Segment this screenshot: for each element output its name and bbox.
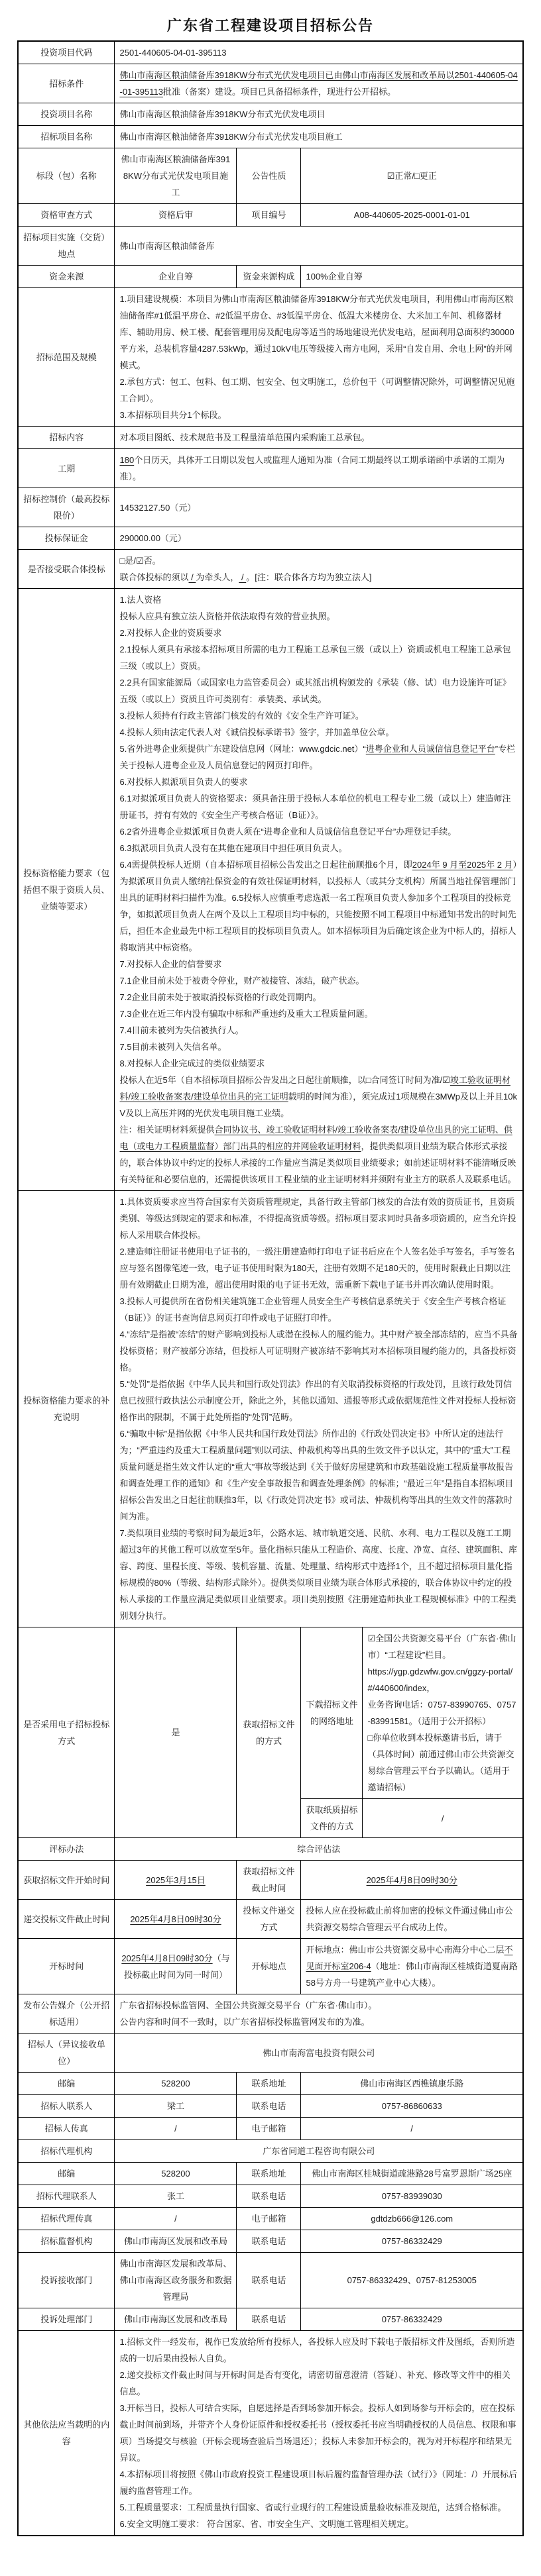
table-row: 评标办法综合评估法 [18,1838,523,1861]
paragraph: A08-440605-2025-0001-01-01 [306,207,518,223]
paragraph: 0757-86332429、0757-81253005 [306,2272,518,2289]
paragraph: 2.2具有国家能源局（或国家电力监管委员会）或其派出机构颁发的《承装（修、试）电… [119,674,518,707]
paragraph: 4.投标人须由法定代表人对《诚信投标承诺书》签字，并加盖单位公章。 [119,724,518,741]
row-value-2: 2025年4月8日09时30分 [301,1861,523,1900]
row-label: 资格审查方式 [18,204,115,227]
row-label-2: 资金来源构成 [237,266,301,288]
paragraph: 投诉处理部门 [22,2311,111,2328]
row-label-2: 联系电话 [237,2230,301,2253]
paragraph: 佛山市南海区粮油储备库3918KW分布式光伏发电项目施工 [119,129,518,145]
row-label: 招标代理联系人 [18,2185,115,2208]
underlined-text: / [189,572,196,582]
row-value: 2501-440605-04-01-395113 [115,41,523,64]
row-value: 佛山市南海区粮油储备库3918KW分布式光伏发电项目施工 [115,126,523,148]
row-label-2: 联系地址 [237,2163,301,2185]
row-value: 2025年3月15日 [115,1861,237,1900]
paragraph: 联系电话 [240,2098,297,2114]
underlined-text: / [239,572,246,582]
table-row: 招标范围及规模1.项目建设规模：本项目为佛山市南海区粮油储备库3918KW分布式… [18,288,523,427]
row-value: 佛山市南海区发展和改革局 [115,2230,237,2253]
row-value: 2025年4月8日09时30分（与投标截止时间为同一时间） [115,1939,237,1994]
text-segment: 联合体投标的须以 [119,572,188,582]
row-sub-label: 获取招标文件的方式 [237,1627,301,1838]
row-value-2: ☑正常/□更正 [301,148,523,204]
paragraph: 递交投标文件截止时间 [22,1911,111,1928]
row-label: 招标条件 [18,64,115,103]
row-label: 开标时间 [18,1939,115,1994]
paragraph: 7.1企业目前未处于被责令停业，财产被接管、冻结，破产状态。 [119,972,518,989]
row-label: 获取招标文件开始时间 [18,1861,115,1900]
row-label: 招标代理机构 [18,2140,115,2163]
paragraph: 获取招标文件的方式 [240,1716,297,1749]
table-row: 是否采用电子招标投标方式是获取招标文件的方式下载招标文件的网络地址☑全国公共资源… [18,1627,523,1799]
underlined-text: 2025年3月15日 [146,1875,206,1885]
row-label: 投资项目代码 [18,41,115,64]
paragraph: / [367,1810,518,1827]
row-value: 梁工 [115,2095,237,2118]
paragraph: 招标人（异议接收单位） [22,2036,111,2069]
paragraph: 联系电话 [240,2188,297,2204]
paragraph: 是否采用电子招标投标方式 [22,1716,111,1749]
row-label-2: 联系地址 [237,2073,301,2095]
paragraph: 资金来源 [22,268,111,285]
row-label: 工期 [18,449,115,488]
paragraph: 佛山市南海区粮油储备库3918KW分布式光伏发电项目施工 [119,151,231,201]
paragraph: 2025年4月8日09时30分 [306,1872,518,1888]
paragraph: 290000.00（元） [119,530,518,546]
paragraph: 7.类似项目业绩的考察时间为最近3年，公路水运、城市轨道交通、民航、水利、电力工… [119,1525,518,1624]
paragraph: / [119,2210,231,2227]
paragraph: 招标人联系人 [22,2098,111,2114]
paragraph: 招标项目实施（交货）地点 [22,229,111,262]
paragraph: 资格后审 [119,207,231,223]
paragraph: 获取招标文件开始时间 [22,1872,111,1888]
paragraph: 邮编 [22,2165,111,2182]
row-value-2: gdtdzb666@126.com [301,2208,523,2230]
row-value: 佛山市南海区粮油储备库3918KW分布式光伏发电项目 [115,103,523,126]
paragraph: □是/☑否。 [119,552,518,569]
row-value: 1.具体资质要求应当符合国家有关资质管理规定，具备行政主管部门核发的合法有效的资… [115,1191,523,1627]
paragraph: 标段（包）名称 [22,168,111,184]
row-label: 递交投标文件截止时间 [18,1900,115,1939]
paragraph: 投标人应具有独立法人资格并依法取得有效的营业执照。 [119,608,518,625]
paragraph: 2025年4月8日09时30分 [119,1911,231,1928]
paragraph: 投资项目代码 [22,44,111,61]
row-label: 资金来源 [18,266,115,288]
table-row: 投标资格能力要求（包括但不限于资质人员、业绩等要求）1.法人资格投标人应具有独立… [18,589,523,1191]
paragraph: / [306,2120,518,2137]
table-row: 资格审查方式资格后审项目编号A08-440605-2025-0001-01-01 [18,204,523,227]
row-label: 招标项目实施（交货）地点 [18,227,115,266]
table-row: 递交投标文件截止时间2025年4月8日09时30分投标文件递交方式投标人应在投标… [18,1900,523,1939]
paragraph: 招标监督机构 [22,2233,111,2249]
table-row: 招标人联系人梁工联系电话0757-86860633 [18,2095,523,2118]
row-label: 招标代理传真 [18,2208,115,2230]
paragraph: 0757-86332429 [306,2311,518,2328]
paragraph: 2.建造师注册证书使用电子证书的，一级注册建造师打印电子证书后应在个人签名处手写… [119,1243,518,1293]
paragraph: 招标项目名称 [22,129,111,145]
paragraph: 注：相关证明材料须提供合同协议书、竣工验收证明材料/竣工验收备案表/建设单位出具… [119,1121,518,1188]
table-row: 标段（包）名称佛山市南海区粮油储备库3918KW分布式光伏发电项目施工公告性质☑… [18,148,523,204]
paragraph: 投资项目名称 [22,106,111,123]
paragraph: https://ygp.gdzwfw.gov.cn/ggzy-portal/#/… [367,1663,518,1696]
table-row: 邮编528200联系地址佛山市南海区西樵镇康乐路 [18,2073,523,2095]
row-value: 1.法人资格投标人应具有独立法人资格并依法取得有效的营业执照。2.对投标人企业的… [115,589,523,1191]
row-value: 是 [115,1627,237,1838]
row-value: 佛山市南海区发展和改革局 [115,2308,237,2331]
paragraph: 1.法人资格 [119,592,518,608]
paragraph: 528200 [119,2165,231,2182]
table-row: 获取招标文件开始时间2025年3月15日获取招标文件截止时间2025年4月8日0… [18,1861,523,1900]
paragraph: 业务咨询电话：0757-83990765、0757-83991581。（适用于公… [367,1696,518,1729]
paragraph: 对本项目图纸、技术规范书及工程量清单范围内采购施工总承包。 [119,429,518,446]
paragraph: 0757-86860633 [306,2098,518,2114]
paragraph: 获取纸质招标文件的方式 [304,1802,359,1835]
paragraph: 佛山市南海区桂城街道疏港路28号富罗恩斯广场25座 [306,2165,518,2182]
row-label: 其他依法应当载明的内容 [18,2331,115,2536]
table-row: 发布公告媒介（公开招标适用）广东省招标投标监管网、全国公共资源交易平台（广东省·… [18,1994,523,2034]
row-value: 528200 [115,2163,237,2185]
table-row: 投资项目代码2501-440605-04-01-395113 [18,41,523,64]
paragraph: 招标内容 [22,429,111,446]
paragraph: 投标保证金 [22,530,111,546]
row-label: 招标控制价（最高投标限价） [18,488,115,527]
paragraph: □你单位收到本投标邀请书后，请于（具体时间）前通过佛山市公共资源交易综合管理云平… [367,1729,518,1796]
table-row: 工期180个日历天，具体开工日期以发包人或监理人通知为准（合同工期最终以工期承诺… [18,449,523,488]
table-row: 投标保证金290000.00（元） [18,527,523,550]
text-segment: 。[注：联合体各方均为独立法人] [246,572,371,582]
paragraph: 8.对投标人企业完成过的类似业绩要求 [119,1055,518,1072]
row-value-2: 0757-83939030 [301,2185,523,2208]
paragraph: 获取招标文件截止时间 [240,1863,297,1896]
underlined-text: 2025年4月8日09时30分 [121,1953,212,1963]
paragraph: 1.具体资质要求应当符合国家有关资质管理规定，具备行政主管部门核发的合法有效的资… [119,1194,518,1243]
text-segment: 开标地点：佛山市公共资源交易中心南海分中心二层 [306,1945,504,1955]
row-label: 招标人（异议接收单位） [18,2034,115,2073]
page-title: 广东省工程建设项目招标公告 [0,15,541,35]
paragraph: 项目编号 [240,207,297,223]
paragraph: 6.“骗取中标”是指依据《中华人民共和国行政处罚法》所作出的《行政处罚决定书》中… [119,1425,518,1525]
paragraph: 联系电话 [240,2272,297,2289]
paragraph: 招标条件 [22,76,111,92]
paragraph: 是否接受联合体投标 [22,561,111,578]
paragraph: 张工 [119,2188,231,2204]
paragraph: 6.对投标人拟派项目负责人的要求 [119,774,518,790]
paragraph: 1.项目建设规模：本项目为佛山市南海区粮油储备库3918KW分布式光伏发电项目，… [119,291,518,374]
row-value: 528200 [115,2073,237,2095]
paragraph: 0757-83939030 [306,2188,518,2204]
table-row: 邮编528200联系地址佛山市南海区桂城街道疏港路28号富罗恩斯广场25座 [18,2163,523,2185]
paragraph: 佛山市南海区发展和改革局、佛山市南海区政务服务和数据管理局 [119,2255,231,2305]
paragraph: 佛山市南海区粮油储备库3918KW分布式光伏发电项目已由佛山市南海区发展和改革局… [119,67,518,100]
paragraph: 投标资格能力要求的补充说明 [22,1392,111,1425]
row-label: 投资项目名称 [18,103,115,126]
paragraph: 6.4需提供投标人近期（自本招标项目招标公告发出之日起往前顺推6个月，即2024… [119,856,518,956]
paragraph: 2.递交投标文件截止时间与开标时间是否有变化，请密切留意澄清（答疑）、补充、修改… [119,2367,518,2400]
row-value: 1.招标文件一经发布，视作已发放给所有投标人，各投标人应及时下载电子版招标文件及… [115,2331,523,2536]
paragraph: 广东省招标投标监管网、全国公共资源交易平台（广东省·佛山市）。 [119,1997,518,2014]
row-value: 佛山市南海富电投资有限公司 [115,2034,523,2073]
row-value: 资格后审 [115,204,237,227]
text-segment: 批准（备案）建设。项目已具备招标条件，现进行公开招标。 [163,87,396,97]
paragraph: 佛山市南海区粮油储备库 [119,238,518,254]
row-value: 张工 [115,2185,237,2208]
paragraph: 7.3企业在近三年内没有骗取中标和严重违约及重大工程质量问题。 [119,1005,518,1022]
paragraph: 4.本招标项目将按照《佛山市政府投资工程建设项目标后履约监督管理办法（试行）》（… [119,2466,518,2499]
table-row: 招标条件佛山市南海区粮油储备库3918KW分布式光伏发电项目已由佛山市南海区发展… [18,64,523,103]
underlined-text: 2024年 9 月至2025年 2 月 [412,860,513,870]
paragraph: 资金来源构成 [240,268,297,285]
paragraph: 2.承包方式：包工、包料、包工期、包安全、包文明施工，总价包干（可调整情况除外，… [119,374,518,407]
row-label: 发布公告媒介（公开招标适用） [18,1994,115,2034]
table-row: 招标监督机构佛山市南海区发展和改革局联系电话0757-86332429 [18,2230,523,2253]
row-value: 佛山市南海区粮油储备库 [115,227,523,266]
paragraph: 100%企业自筹 [306,268,518,285]
paragraph: 3.投标人可提供所在省份相关建筑施工企业管理人员安全生产考核信息系统关于《安全生… [119,1293,518,1326]
row-value-2: / [301,2118,523,2140]
row-value: 对本项目图纸、技术规范书及工程量清单范围内采购施工总承包。 [115,427,523,449]
paragraph: 联系地址 [240,2075,297,2092]
paragraph: 7.5目前未被列入失信名单。 [119,1039,518,1055]
table-row: 招标人（异议接收单位）佛山市南海富电投资有限公司 [18,2034,523,2073]
row-value: 佛山市南海区发展和改革局、佛山市南海区政务服务和数据管理局 [115,2253,237,2308]
row-value-2: 0757-86860633 [301,2095,523,2118]
row-label-2: 电子邮箱 [237,2118,301,2140]
row-label: 招标内容 [18,427,115,449]
paragraph: 佛山市南海区发展和改革局 [119,2233,231,2249]
paragraph: 7.对投标人企业的信誉要求 [119,956,518,972]
row-value: □是/☑否。联合体投标的须以 / 为牵头人， / 。[注：联合体各方均为独立法人… [115,550,523,589]
paragraph: 佛山市南海富电投资有限公司 [119,2045,518,2061]
paragraph: 企业自筹 [119,268,231,285]
paragraph: 下载招标文件的网络地址 [304,1696,359,1729]
row-label-2: 获取招标文件截止时间 [237,1861,301,1900]
underlined-text: 180 [119,455,134,465]
text-segment: 6.4需提供投标人近期（自本招标项目招标公告发出之日起往前顺推6个月，即 [119,860,412,870]
paragraph: 5.工程质量要求：工程质量执行国家、省或行业现行的工程建设质量验收标准及规范，达… [119,2499,518,2516]
row-label: 是否采用电子招标投标方式 [18,1627,115,1838]
paragraph: 5.“处罚”是指依据《中华人民共和国行政处罚法》作出的有关取消投标资格的行政处罚… [119,1376,518,1425]
paragraph: 梁工 [119,2098,231,2114]
text-segment: 注：相关证明材料须提供 [119,1125,214,1135]
table-row: 投诉处理部门佛山市南海区发展和改革局联系电话0757-86332429 [18,2308,523,2331]
row-value: / [115,2118,237,2140]
row-value-2: A08-440605-2025-0001-01-01 [301,204,523,227]
text-segment: 为牵头人， [196,572,239,582]
table-row: 招标项目实施（交货）地点佛山市南海区粮油储备库 [18,227,523,266]
table-row: 招标内容对本项目图纸、技术规范书及工程量清单范围内采购施工总承包。 [18,427,523,449]
paragraph: 资格审查方式 [22,207,111,223]
row-label: 投诉接收部门 [18,2253,115,2308]
text-segment: ）为拟派项目负责人缴纳社保资金的有效社保证明材料，以投标人（或其分支机构）所属当… [119,860,517,953]
row-label: 投诉处理部门 [18,2308,115,2331]
row-value-2: 0757-86332429 [301,2308,523,2331]
paragraph: ☑正常/□更正 [306,168,518,184]
paragraph: 佛山市南海区西樵镇康乐路 [306,2075,518,2092]
row-label-2: 投标文件递交方式 [237,1900,301,1939]
row-label: 招标监督机构 [18,2230,115,2253]
paragraph: gdtdzb666@126.com [306,2210,518,2227]
paragraph: 电子邮箱 [240,2210,297,2227]
paragraph: 3.本招标项目共分1个标段。 [119,407,518,423]
table-row: 招标项目名称佛山市南海区粮油储备库3918KW分布式光伏发电项目施工 [18,126,523,148]
paragraph: 邮编 [22,2075,111,2092]
sub-row-value: / [363,1799,523,1838]
paragraph: 招标代理传真 [22,2210,111,2227]
paragraph: 开标地点 [240,1958,297,1975]
underlined-text: 2025年4月8日09时30分 [130,1914,221,1924]
row-label: 邮编 [18,2073,115,2095]
row-label-2: 公告性质 [237,148,301,204]
paragraph: 其他依法应当载明的内容 [22,2416,111,2449]
row-label: 投标保证金 [18,527,115,550]
row-label: 标段（包）名称 [18,148,115,204]
row-label: 招标项目名称 [18,126,115,148]
row-value-2: 0757-86332429 [301,2230,523,2253]
paragraph: 3.开标当日，投标人可结合实际，自愿选择是否到场参加开标会。投标人如到场参与开标… [119,2400,518,2466]
paragraph: 招标人传真 [22,2120,111,2137]
row-value: / [115,2208,237,2230]
paragraph: 2.1投标人须具有承接本招标项目所需的电力工程施工总承包三级（或以上）资质或机电… [119,641,518,674]
announcement-table-body: 投资项目代码2501-440605-04-01-395113招标条件佛山市南海区… [18,41,523,2536]
paragraph: 6.3拟派项目负责人没有在其他在建项目中担任项目负责人。 [119,840,518,856]
row-value: 企业自筹 [115,266,237,288]
row-value: 佛山市南海区粮油储备库3918KW分布式光伏发电项目施工 [115,148,237,204]
announcement-table: 投资项目代码2501-440605-04-01-395113招标条件佛山市南海区… [17,40,524,2536]
sub-row-label: 下载招标文件的网络地址 [301,1627,363,1799]
paragraph: ☑全国公共资源交易平台（广东省·佛山市）“工程建设”栏目。 [367,1630,518,1663]
table-row: 资金来源企业自筹资金来源构成100%企业自筹 [18,266,523,288]
paragraph: 广东省同道工程咨询有限公司 [119,2143,518,2159]
row-label-2: 联系电话 [237,2095,301,2118]
row-label: 招标人传真 [18,2118,115,2140]
paragraph: 14532127.50（元） [119,499,518,516]
paragraph: 发布公告媒介（公开招标适用） [22,1997,111,2030]
paragraph: 投标人应在投标截止前将加密的投标文件通过佛山市公共资源交易综合管理云平台成功上传… [306,1902,518,1935]
row-value: 2025年4月8日09时30分 [115,1900,237,1939]
row-label: 投标资格能力要求（包括但不限于资质人员、业绩等要求） [18,589,115,1191]
row-value-2: 开标地点：佛山市公共资源交易中心南海分中心二层不见面开标室206-4（地址：佛山… [301,1939,523,1994]
row-label: 评标办法 [18,1838,115,1861]
paragraph: 公告内容和时间不一致时，以广东省招标投标监管网发布的为准。 [119,2014,518,2030]
table-row: 招标控制价（最高投标限价）14532127.50（元） [18,488,523,527]
paragraph: 公告性质 [240,168,297,184]
paragraph: 开标地点：佛山市公共资源交易中心南海分中心二层不见面开标室206-4（地址：佛山… [306,1941,518,1991]
row-label-2: 联系电话 [237,2253,301,2308]
table-row: 其他依法应当载明的内容1.招标文件一经发布，视作已发放给所有投标人，各投标人应及… [18,2331,523,2536]
paragraph: 3.投标人须持有行政主管部门核发的有效的《安全生产许可证》。 [119,707,518,724]
paragraph: 2025年4月8日09时30分（与投标截止时间为同一时间） [119,1950,231,1983]
row-value: 广东省招标投标监管网、全国公共资源交易平台（广东省·佛山市）。公告内容和时间不一… [115,1994,523,2034]
paragraph: 电子邮箱 [240,2120,297,2137]
row-value-2: 100%企业自筹 [301,266,523,288]
paragraph: 528200 [119,2075,231,2092]
paragraph: 7.4目前未被列为失信被执行人。 [119,1022,518,1039]
table-row: 开标时间2025年4月8日09时30分（与投标截止时间为同一时间）开标地点开标地… [18,1939,523,1994]
paragraph: 联系地址 [240,2165,297,2182]
row-label: 招标范围及规模 [18,288,115,427]
text-segment: 投标人在近5年（自本招标项目招标公告发出之日起往前顺推，以□合同签订时间为准/☑ [119,1075,450,1085]
paragraph: 2.对投标人企业的资质要求 [119,625,518,641]
paragraph: 招标控制价（最高投标限价） [22,491,111,524]
paragraph: 7.2企业目前未处于被取消投标资格的行政处罚期内。 [119,989,518,1005]
paragraph: 联系电话 [240,2311,297,2328]
row-label: 招标人联系人 [18,2095,115,2118]
table-row: 招标代理传真/电子邮箱gdtdzb666@126.com [18,2208,523,2230]
row-label-2: 开标地点 [237,1939,301,1994]
table-row: 投资项目名称佛山市南海区粮油储备库3918KW分布式光伏发电项目 [18,103,523,126]
row-label-2: 项目编号 [237,204,301,227]
row-value: 14532127.50（元） [115,488,523,527]
row-value: 180个日历天，具体开工日期以发包人或监理人通知为准（合同工期最终以工期承诺函中… [115,449,523,488]
paragraph: / [119,2120,231,2137]
row-value: 1.项目建设规模：本项目为佛山市南海区粮油储备库3918KW分布式光伏发电项目，… [115,288,523,427]
paragraph: 投标资格能力要求（包括但不限于资质人员、业绩等要求） [22,865,111,915]
row-label: 投标资格能力要求的补充说明 [18,1191,115,1627]
text-segment: 5.省外进粤企业须提供广东建设信息网（网址：www.gdcic.net）“ [119,744,365,754]
row-value: 佛山市南海区粮油储备库3918KW分布式光伏发电项目已由佛山市南海区发展和改革局… [115,64,523,103]
paragraph: 开标时间 [22,1958,111,1975]
underlined-text: 2025年4月8日09时30分 [367,1875,457,1885]
paragraph: 投诉接收部门 [22,2272,111,2289]
row-label-2: 联系电话 [237,2308,301,2331]
paragraph: 联合体投标的须以 / 为牵头人， / 。[注：联合体各方均为独立法人] [119,569,518,586]
paragraph: 佛山市南海区粮油储备库3918KW分布式光伏发电项目 [119,106,518,123]
row-value-2: 佛山市南海区西樵镇康乐路 [301,2073,523,2095]
row-value: 综合评估法 [115,1838,523,1861]
paragraph: 招标代理联系人 [22,2188,111,2204]
paragraph: 0757-86332429 [306,2233,518,2249]
paragraph: 联系电话 [240,2233,297,2249]
row-value-2: 投标人应在投标截止前将加密的投标文件通过佛山市公共资源交易综合管理云平台成功上传… [301,1900,523,1939]
row-label-2: 电子邮箱 [237,2208,301,2230]
paragraph: 招标代理机构 [22,2143,111,2159]
paragraph: 投标文件递交方式 [240,1902,297,1935]
paragraph: 招标范围及规模 [22,349,111,366]
paragraph: 180个日历天，具体开工日期以发包人或监理人通知为准（合同工期最终以工期承诺函中… [119,452,518,485]
text-segment: 个日历天，具体开工日期以发包人或监理人通知为准（合同工期最终以工期承诺函中承诺的… [119,455,505,482]
row-value-2: 佛山市南海区桂城街道疏港路28号富罗恩斯广场25座 [301,2163,523,2185]
paragraph: 2501-440605-04-01-395113 [119,44,518,61]
paragraph: 4.“冻结”是指被“冻结”的财产影响到投标人或潜在投标人的履约能力。其中财产被全… [119,1326,518,1376]
underlined-text: 进粤企业和人员诚信信息登记平台 [366,744,495,754]
paragraph: 2025年3月15日 [119,1872,231,1888]
table-row: 投诉接收部门佛山市南海区发展和改革局、佛山市南海区政务服务和数据管理局联系电话0… [18,2253,523,2308]
table-row: 招标代理机构广东省同道工程咨询有限公司 [18,2140,523,2163]
row-value: 290000.00（元） [115,527,523,550]
sub-row-value: ☑全国公共资源交易平台（广东省·佛山市）“工程建设”栏目。https://ygp… [363,1627,523,1799]
row-label-2: 联系电话 [237,2185,301,2208]
table-row: 投标资格能力要求的补充说明1.具体资质要求应当符合国家有关资质管理规定，具备行政… [18,1191,523,1627]
sub-row-label: 获取纸质招标文件的方式 [301,1799,363,1838]
table-row: 是否接受联合体投标□是/☑否。联合体投标的须以 / 为牵头人， / 。[注：联合… [18,550,523,589]
table-row: 招标人传真/电子邮箱/ [18,2118,523,2140]
table-row: 招标代理联系人张工联系电话0757-83939030 [18,2185,523,2208]
paragraph: 5.省外进粤企业须提供广东建设信息网（网址：www.gdcic.net）“进粤企… [119,741,518,774]
row-value: 广东省同道工程咨询有限公司 [115,2140,523,2163]
paragraph: 投标人在近5年（自本招标项目招标公告发出之日起往前顺推，以□合同签订时间为准/☑… [119,1072,518,1121]
row-label: 邮编 [18,2163,115,2185]
paragraph: 评标办法 [22,1841,111,1857]
paragraph: 佛山市南海区发展和改革局 [119,2311,231,2328]
paragraph: 是 [119,1724,231,1741]
paragraph: 综合评估法 [119,1841,518,1857]
paragraph: 6.安全文明施工要求： 符合国家、省、市安全生产、文明施工管理相关规定。 [119,2516,518,2532]
paragraph: 工期 [22,460,111,477]
paragraph: 6.1对拟派项目负责人的资格要求：须具备注册于投标人本单位的机电工程专业二级（或… [119,790,518,823]
paragraph: 6.2省外进粤企业拟派项目负责人须在“进粤企业和人员诚信信息登记平台”办理登记手… [119,823,518,840]
row-label: 是否接受联合体投标 [18,550,115,589]
